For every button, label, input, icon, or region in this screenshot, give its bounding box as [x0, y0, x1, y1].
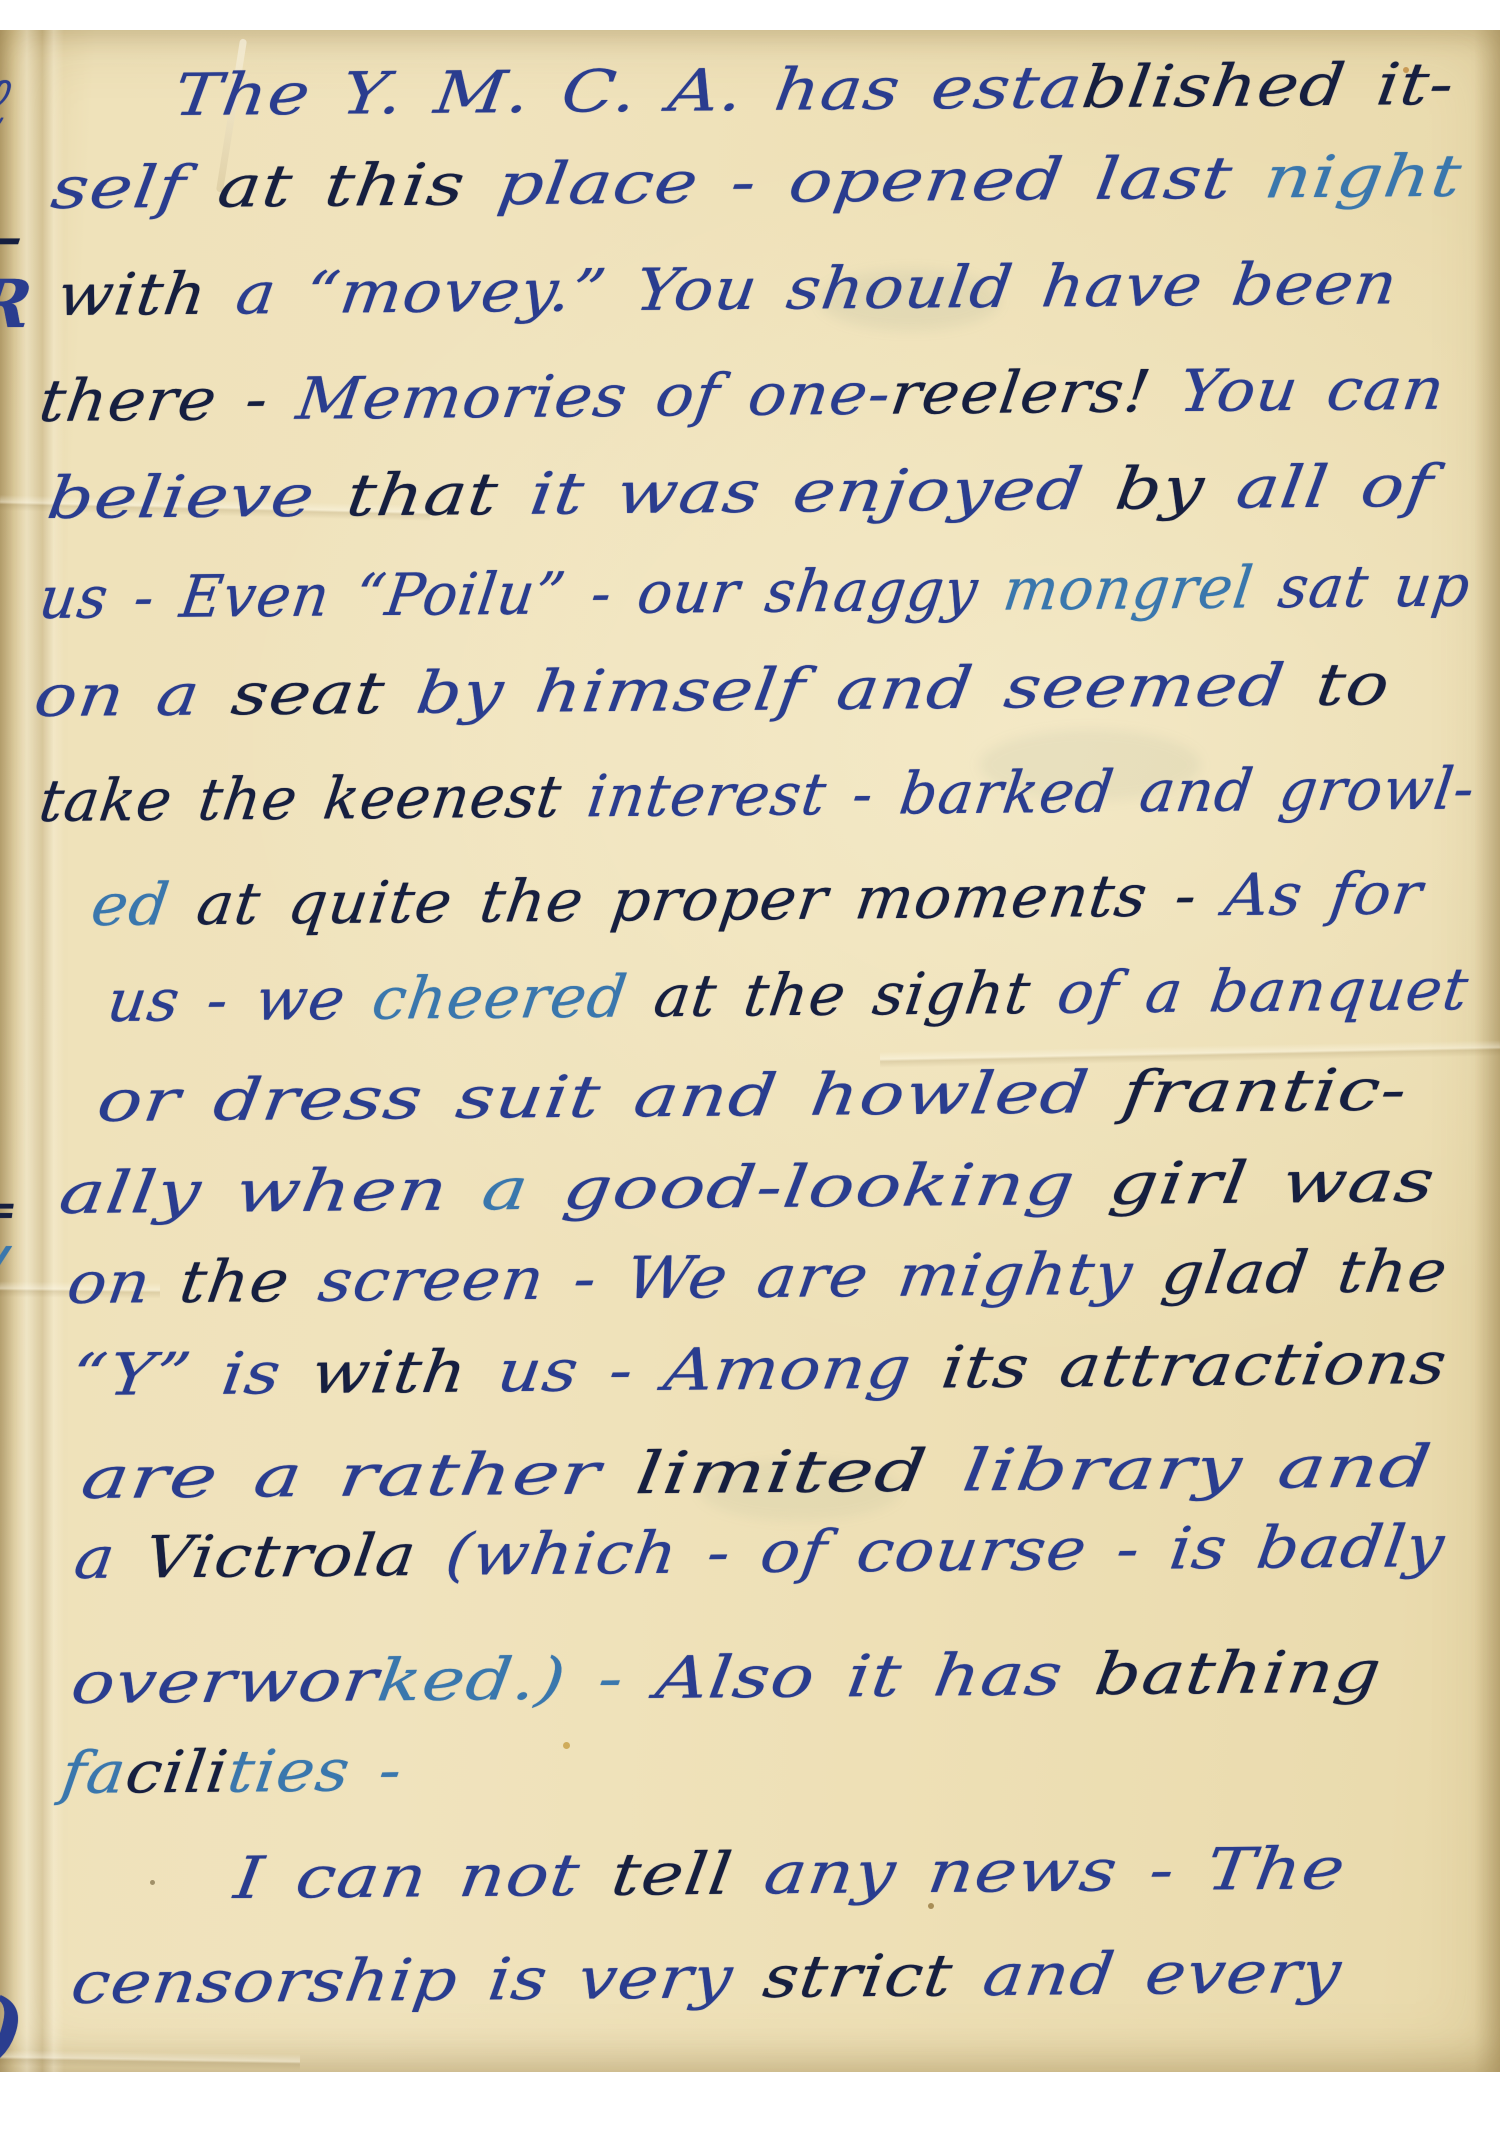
handwriting-segment: reelers! — [887, 357, 1185, 428]
handwriting-segment: self — [48, 153, 224, 223]
handwriting-line: The Y. M. C. A. has established it- — [171, 51, 1459, 128]
paper-speck — [563, 1742, 570, 1749]
handwriting-segment: on — [64, 1248, 185, 1317]
letter-page: The Y. M. C. A. has established it-self … — [0, 30, 1500, 2072]
handwriting-segment: The — [171, 60, 347, 130]
handwriting-segment: frantic- — [1118, 1056, 1412, 1127]
handwriting-line: on the screen - We are mighty glad the — [64, 1238, 1452, 1316]
handwriting-segment: ally when — [56, 1155, 488, 1227]
handwriting-segment: ed — [88, 870, 202, 939]
handwriting-line: facilities - — [58, 1737, 407, 1806]
handwriting-segment: with — [54, 259, 242, 329]
handwriting-segment: on a — [31, 660, 237, 730]
handwriting-segment: fa — [58, 1738, 131, 1807]
handwriting-segment: at quite the proper moments - — [193, 861, 1230, 938]
handwriting-line: “Y” is with us - Among its attractions — [68, 1330, 1452, 1408]
handwriting-segment: its attractions — [938, 1329, 1452, 1401]
handwriting-segment: us - Even — [36, 561, 361, 632]
handwriting-segment: ties - — [224, 1736, 407, 1806]
handwriting-segment: it was enjoyed — [526, 455, 1120, 528]
handwriting-segment: our shaggy — [634, 556, 1009, 627]
handwriting-segment: girl was — [1105, 1147, 1439, 1218]
handwriting-segment: a — [71, 1523, 150, 1592]
handwriting-segment: cili — [122, 1738, 233, 1807]
handwriting-line: there - Memories of one-reelers! You can — [36, 356, 1449, 434]
handwriting-segment: (which - of course - is badly — [442, 1512, 1449, 1589]
handwriting-segment: You should have been — [632, 249, 1402, 324]
handwriting-segment: glad the — [1158, 1237, 1452, 1308]
handwriting-segment: ked.) - — [374, 1644, 661, 1715]
handwriting-segment: overwor — [68, 1646, 383, 1717]
handwriting-segment: censorship is very — [68, 1943, 769, 2017]
handwriting-line: or dress suit and howled frantic- — [94, 1057, 1412, 1135]
handwriting-segment: library and — [959, 1432, 1436, 1504]
handwriting-segment: and every — [979, 1938, 1346, 2009]
handwriting-segment: sat up — [1275, 551, 1475, 621]
handwriting-segment: us - we — [104, 965, 378, 1035]
handwriting-segment: “Poilu” - — [351, 559, 642, 630]
paper-speck — [150, 1880, 155, 1885]
handwriting-segment: of a banquet — [1054, 955, 1473, 1027]
handwriting-segment: mongrel — [1000, 553, 1284, 623]
handwriting-line: take the keenest interest - barked and g… — [36, 755, 1480, 834]
handwriting-segment: tell — [608, 1839, 770, 1908]
handwriting-line: self at this place - opened last night — [48, 143, 1466, 221]
handwriting-line: us - we cheered at the sight of a banque… — [104, 956, 1473, 1034]
handwriting-line: a Victrola (which - of course - is badly — [71, 1513, 1449, 1591]
handwriting-segment: a “movey.” — [232, 256, 640, 328]
handwriting-segment: at this — [214, 150, 502, 221]
handwriting-line: with a “movey.” You should have been — [54, 250, 1402, 328]
handwriting-segment: the — [176, 1247, 324, 1316]
handwriting-line: censorship is very strict and every — [68, 1939, 1346, 2016]
handwriting-segment: by — [1112, 454, 1242, 523]
handwriting-segment: seat — [228, 659, 422, 729]
handwriting-segment: last — [1092, 143, 1270, 213]
handwriting-segment: any news - The — [760, 1834, 1350, 1907]
handwriting-segment: has esta — [771, 53, 1088, 124]
handwriting-segment: at the sight — [650, 959, 1062, 1031]
handwriting-segment: night — [1261, 142, 1466, 212]
handwriting-segment: cheered — [368, 962, 659, 1033]
handwriting-segment: bathing — [1091, 1638, 1386, 1709]
handwriting-line: I can not tell any news - The — [231, 1835, 1350, 1911]
handwriting-segment: “Y” is — [68, 1339, 317, 1409]
handwriting-segment: or dress suit and howled — [94, 1058, 1128, 1135]
handwriting-segment: You can — [1175, 355, 1449, 425]
handwriting-line: overworked.) - Also it has bathing — [68, 1639, 1386, 1717]
handwriting-segment: are a rather — [78, 1439, 642, 1512]
handwriting-segment: Memories of one- — [293, 360, 896, 433]
scan-background: { "letter": { "paper_color": "#efe2ba", … — [0, 0, 1500, 2137]
handwriting-line: are a rather limited library and — [78, 1433, 1437, 1511]
handwriting-segment: good-looking — [559, 1150, 1114, 1223]
handwriting-segment: place - opened — [494, 145, 1101, 218]
handwriting-segment: with — [307, 1337, 502, 1407]
handwriting-segment: Victrola — [141, 1521, 451, 1592]
handwriting-line: on a seat by himself and seemed to — [31, 651, 1395, 729]
handwriting-segment: Also it has — [652, 1640, 1100, 1712]
handwriting-segment: to — [1312, 650, 1394, 719]
handwriting-line: believe that it was enjoyed by all of — [44, 453, 1438, 531]
handwriting-segment: believe — [44, 461, 352, 532]
handwriting-segment: strict — [759, 1941, 988, 2011]
handwriting-segment: Y. M. C. A. — [338, 56, 780, 128]
handwriting-segment: I can not — [231, 1841, 617, 1912]
handwriting-segment: limited — [632, 1436, 968, 1507]
handwriting-segment: a — [478, 1155, 568, 1224]
handwriting-line: ally when a good-looking girl was — [56, 1148, 1440, 1226]
handwriting-segment: As for — [1221, 859, 1427, 929]
handwriting-line: us - Even “Poilu” - our shaggy mongrel s… — [36, 552, 1475, 631]
handwriting-segment: take the keenest — [36, 762, 593, 835]
handwriting-segment: screen - We are mighty — [315, 1239, 1167, 1314]
handwriting-segment: all of — [1233, 452, 1438, 522]
handwriting-segment: interest - barked and growl- — [584, 754, 1480, 830]
handwriting-line: ed at quite the proper moments - As for — [88, 860, 1427, 938]
handwriting-segment: there - — [36, 365, 302, 435]
handwriting-segment: us - Among — [494, 1333, 947, 1405]
handwriting-segment: that — [343, 460, 535, 530]
handwriting-segment: blished it- — [1078, 50, 1459, 121]
handwriting-segment: by himself and seemed — [412, 651, 1321, 727]
